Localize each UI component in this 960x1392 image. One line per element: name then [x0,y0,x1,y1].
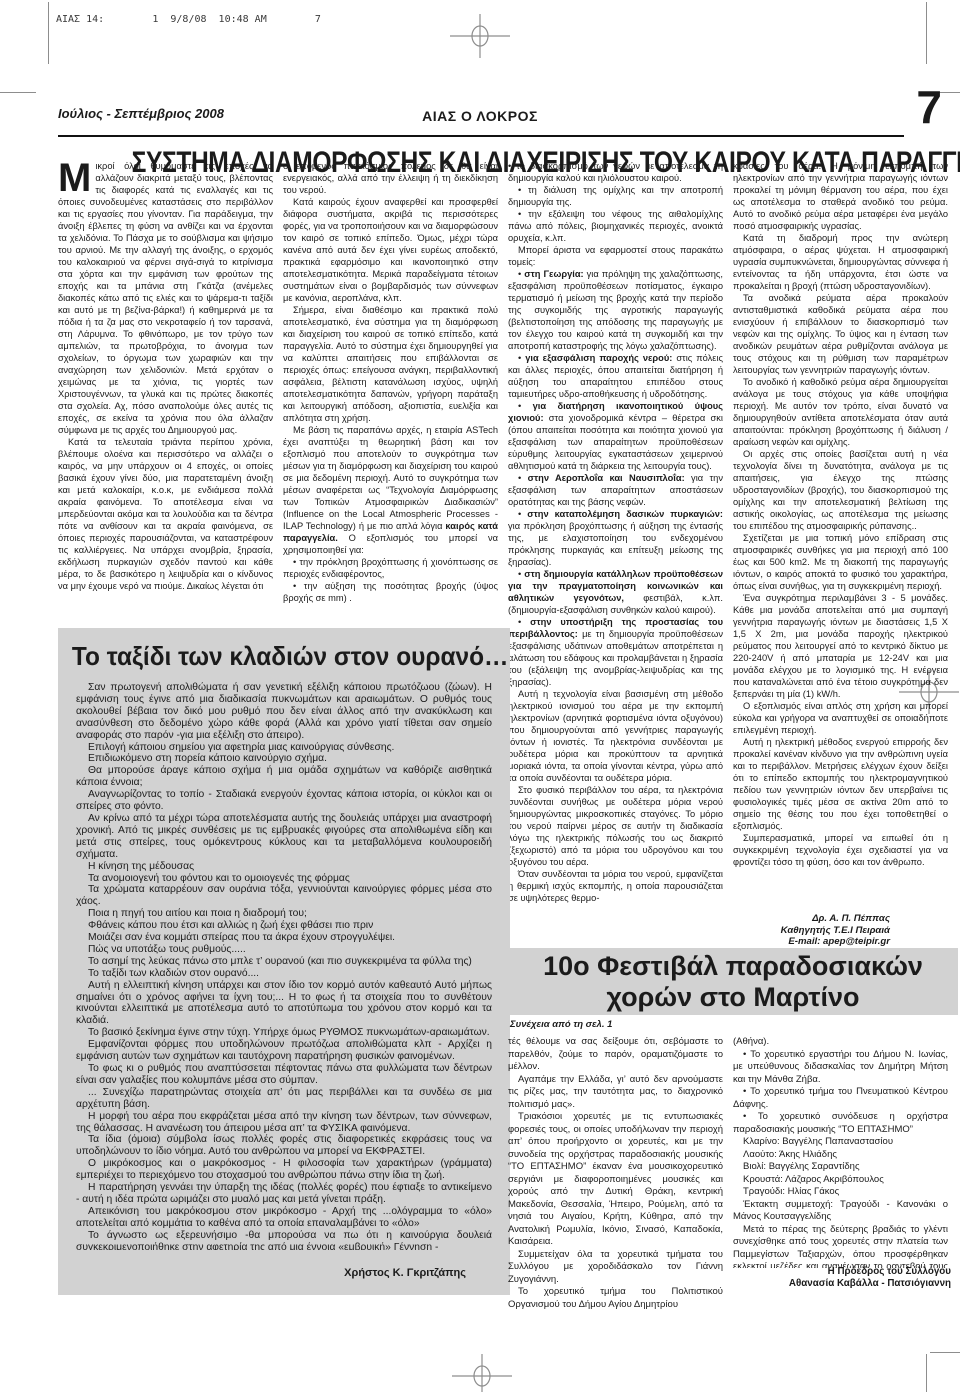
paragraph: • Το χορευτικό εργαστήρι του Δήμου Ν. Ιω… [733,1049,948,1087]
paragraph: • στη δημιουργία κατάλληλων προϋποθέσεων… [508,568,723,616]
paragraph: Ένα συγκρότημα περιλαμβάνει 3 - 5 μονάδε… [733,592,948,700]
paragraph: Το χορευτικό τμήμα του Πολιτιστικού Οργα… [508,1286,723,1311]
paragraph: Αν κρίνω από τα μέχρι τώρα αποτελέσματα … [76,813,492,861]
crop-mark [0,92,36,93]
paragraph: Το βασικό ξεκίνημα έγινε στην τύχη. Υπήρ… [76,1027,492,1039]
boxed-essay-title: Το ταξίδι των κλαδιών στον ουρανό… [58,628,510,672]
festival-signature-name: Αθανασία Καβάλλα - Πατσιόγιαννη [733,1278,951,1290]
paragraph: Τα ίδια (όμοια) σύμβολα ίσως πολλές φορέ… [76,1134,492,1158]
festival-column-1: τές θέλουμε να σας δείξουμε ότι, σεβόμασ… [508,1036,723,1348]
paragraph: Το φως κι ο ρυθμός που αναπτύσσεται πέφτ… [76,1063,492,1087]
paragraph: Οι αρχές στις οποίες βασίζεται αυτή η νέ… [733,448,948,532]
paragraph: • τη διάλυση της ομίχλης και την αποτροπ… [508,184,723,208]
newspaper-page: ΑΙΑΣ 14: 1 9/8/08 10:48 AM 7 Ιούλιος - Σ… [0,0,960,1392]
paragraph: Κλαρίνο: Βαγγέλης Παπαναστασίου [733,1136,948,1149]
paragraph: Τα ανοδικά ρεύματα αέρα προκαλούν αντιστ… [733,292,948,376]
paragraph: τές θέλουμε να σας δείξουμε ότι, σεβόμασ… [508,1036,723,1074]
paragraph: Έκτακτη συμμετοχή: Τραγούδι - Κανονάκι ο… [733,1199,948,1224]
registration-mark-icon [450,14,510,58]
paragraph: ικροί όλοι θυμόμαστε τις εποχές να αλλάζ… [58,160,273,436]
paragraph: Απεικόνιση του μακρόκοσμου στον μικρόκοσ… [76,1206,492,1230]
paragraph: Μετά το πέρας της δεύτερης βραδιάς το γλ… [733,1224,948,1269]
paragraph: Μπορεί άριστα να εφαρμοστεί στους παρακά… [508,244,723,268]
boxed-essay-body: Σαν πρωτογενή απολιθώματα ή σαν γενετική… [58,672,510,1250]
paragraph: ... Συνεχίζω παρατηρώντας στοιχεία απ’ ό… [76,1087,492,1111]
paragraph: Η κίνηση της μέδουσας [76,861,492,873]
paragraph: • την εξάλειψη του νέφους της αιθαλομίχλ… [508,208,723,244]
paragraph: Εμφανίζονται φόρμες που υποδηλώνουν πρωτ… [76,1039,492,1063]
paragraph: Τριακόσιοι χορευτές με τις εντυπωσιακές … [508,1111,723,1249]
paragraph: Τραγούδι: Ηλίας Γάκος [733,1186,948,1199]
author-title: Καθηγητής Τ.Ε.Ι Πειραιά [733,925,890,937]
paragraph: • Το χορευτικό συνόδευσε η ορχήστρα παρα… [733,1111,948,1136]
paragraph: Αυτή η ελλειπτική κίνηση υπάρχει και στο… [76,980,492,1028]
crop-mark [930,1352,960,1353]
paragraph: Ο μικρόκοσμος και ο μακρόκοσμος - Η φιλο… [76,1158,492,1182]
paragraph: Κρουστά: Λάζαρος Ακριβόπουλος [733,1174,948,1187]
paragraph: • την αύξηση της ποσότητας βροχής (ύψος … [283,580,498,604]
article-column-1: Μ ικροί όλοι θυμόμαστε τις εποχές να αλλ… [58,160,273,630]
paragraph: Το ανοδικό ή καθοδικό ρεύμα αέρα δημιουρ… [733,376,948,448]
paragraph: Σχετίζεται με μια τοπική μόνο επίδραση σ… [733,532,948,592]
author-name: Δρ. Α. Π. Πέππας [733,913,890,925]
paper-name: ΑΙΑΣ Ο ΛΟΚΡΟΣ [0,108,960,124]
paragraph: Μοιάζει σαν ένα κομμάτι σπείρας που τα ά… [76,932,492,944]
paragraph: Το ασημί της λεύκας πάνω στο μπλε τ’ ουρ… [76,956,492,968]
paragraph: Το ταξίδι των κλαδιών στον ουρανό.... [76,968,492,980]
paragraph: Κατά καιρούς έχουν αναφερθεί και προσφερ… [283,196,498,304]
paragraph: Επιλογή κάποιου σημείου για αφετηρία μια… [76,742,492,754]
article-column-2: ο επόμενος παγκόσμιος πόλεμος δε θα είνα… [283,160,498,628]
festival-headline-box: 10ο Φεστιβάλ παραδοσιακών χορών στο Μαρτ… [508,948,958,1015]
boxed-essay: Το ταξίδι των κλαδιών στον ουρανό… Σαν π… [58,628,510,1295]
paragraph: Κατά τα τελευταία τριάντα περίπου χρόνια… [58,436,273,592]
author-signature: Δρ. Α. Π. Πέππας Καθηγητής Τ.Ε.Ι Πειραιά… [733,913,948,948]
paragraph: Αγαπάμε την Ελλάδα, γι’ αυτό δεν αρνούμα… [508,1074,723,1112]
paragraph: Το άγνωστο ως εξερευνήσιμο -θα μπορούσα … [76,1230,492,1250]
paragraph: Θα μπορούσε άραγε κάποιο σχήμα ή μια ομά… [76,765,492,789]
festival-signature-role: Η Πρόεδρος του Συλλόγου [733,1266,951,1278]
paragraph: • για εξασφάλιση παροχής νερού: στις πόλ… [508,352,723,400]
paragraph: • στην καταπολέμηση δασικών πυρκαγιών: γ… [508,508,723,568]
paragraph: κρασίες του αέρα. Η μόνιμη εκπομπή των η… [733,160,948,232]
paragraph: Λαούτο: Άκης Ηλιάδης [733,1149,948,1162]
paragraph: Τα ανομοιογενή του φόντου και το ομοιογε… [76,873,492,885]
paragraph: • το διασκορπισμό των νεφών με αποτέλεσμ… [508,160,723,184]
paragraph: • στην υποστήριξη της προστασίας του περ… [508,616,723,688]
festival-headline-line1: 10ο Φεστιβάλ παραδοσιακών [508,948,958,982]
article-column-3: • το διασκορπισμό των νεφών με αποτέλεσμ… [508,160,723,942]
paragraph: Τα χρώματα καταρρέουν σαν ουράνια τόξα, … [76,884,492,908]
paragraph: • την πρόκληση βροχόπτωσης ή χιονόπτωσης… [283,556,498,580]
paragraph: Κατά τη διαδρομή προς την ανώτερη ατμόσφ… [733,232,948,292]
paragraph: • στην Αεροπλοΐα και Ναυσιπλοΐα: για την… [508,472,723,508]
author-email: E-mail: apep@teipir.gr [733,936,890,948]
paragraph: Η μορφή του αέρα που εκφράζεται μέσα από… [76,1111,492,1135]
paragraph: (Αθήνα). [733,1036,948,1049]
festival-column-2: (Αθήνα).• Το χορευτικό εργαστήρι του Δήμ… [733,1036,948,1268]
paragraph: • Το χορευτικό τμήμα του Πνευματικού Κέν… [733,1086,948,1111]
proof-slug-line: ΑΙΑΣ 14: 1 9/8/08 10:48 AM 7 [56,14,321,25]
paragraph: Φθάνεις κάπου που έτσι και αλλιώς η ζωή … [76,920,492,932]
page-number: 7 [916,84,942,130]
paragraph: Ο εξοπλισμός είναι απλός στη χρήση και μ… [733,700,948,736]
paragraph: • για διατήρηση ικανοποιητικού ύψους χιο… [508,400,723,472]
paragraph: Συμμετείχαν όλα τα χορευτικά τμήματα του… [508,1249,723,1287]
paragraph: Με βάση τις παραπάνω αρχές, η εταιρία AS… [283,424,498,556]
registration-mark-icon [452,1354,512,1392]
paragraph: Σήμερα, είναι διαθέσιμο και πρακτικά πολ… [283,304,498,424]
festival-signature: Η Πρόεδρος του Συλλόγου Αθανασία Καβάλλα… [733,1266,951,1290]
essay-signature: Χρήστος Κ. Γκριτζάπης [344,1267,466,1279]
paragraph: Επιδιωκόμενο στη πορεία κάποιο καινούργι… [76,753,492,765]
paragraph: Αυτή η τεχνολογία είναι βασισμένη στη μέ… [508,688,723,784]
paragraph: Στο φυσικό περιβάλλον του αέρα, τα ηλεκτ… [508,784,723,868]
paragraph: Ποια η πηγή του αιτίου και ποια η διαδρο… [76,908,492,920]
paragraph: Όταν συνδέονται τα μόρια του νερού, εμφα… [508,868,723,904]
festival-headline-line2: χορών στο Μαρτίνο [508,982,958,1013]
crop-mark [926,2,927,64]
paragraph: ο επόμενος παγκόσμιος πόλεμος δε θα είνα… [283,160,498,196]
crop-mark [48,2,49,64]
paragraph: Συμπερασματικά, μπορεί να ειπωθεί ότι η … [733,832,948,868]
continuation-note: Συνέχεια από τη σελ. 1 [510,1019,612,1030]
paragraph: Πώς να υποτάξω τους ρυθμούς..... [76,944,492,956]
paragraph: Αυτή η ηλεκτρική μέθοδος ενεργού επιρροή… [733,736,948,832]
paragraph: Σαν πρωτογενή απολιθώματα ή σαν γενετική… [76,682,492,742]
paragraph: Βιολί: Βαγγέλης Σαραντίδης [733,1161,948,1174]
paragraph: • στη Γεωργία: για πρόληψη της χαλαζόπτω… [508,268,723,352]
drop-cap: Μ [58,160,95,194]
crop-mark [926,1354,927,1392]
paragraph: Αναγνωρίζοντας το τοπίο - Σταδιακά ενεργ… [76,789,492,813]
article-column-4: κρασίες του αέρα. Η μόνιμη εκπομπή των η… [733,160,948,908]
paragraph: Η παρατήρηση γεννάει την ύπαρξη της ιδέα… [76,1182,492,1206]
masthead-rule [58,135,904,137]
